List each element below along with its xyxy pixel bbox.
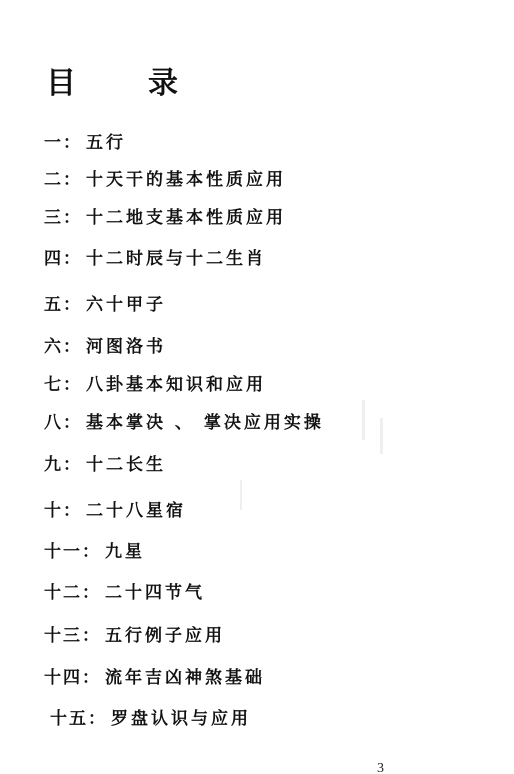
entry-separator: ：: [63, 290, 80, 315]
entry-separator: ：: [63, 408, 80, 433]
toc-entry: 六：河图洛书: [44, 332, 166, 356]
entry-separator: ：: [82, 578, 99, 603]
entry-text: 罗盘认识与应用: [111, 704, 251, 729]
entry-number: 二: [44, 165, 63, 190]
title-char-2: 录: [148, 58, 178, 102]
entry-text: 五行例子应用: [105, 621, 225, 646]
toc-entry: 一：五行: [44, 128, 126, 152]
entry-text: 五行: [86, 128, 126, 153]
toc-entry: 八：基本掌决 、 掌决应用实操: [44, 408, 324, 432]
entry-number: 十一: [44, 537, 82, 562]
entry-separator: ：: [63, 244, 80, 269]
entry-text: 河图洛书: [86, 332, 166, 357]
entry-number: 十三: [44, 621, 82, 646]
entry-text: 九星: [105, 537, 145, 562]
entry-separator: ：: [82, 621, 99, 646]
entry-separator: ：: [88, 704, 105, 729]
entry-number: 八: [44, 408, 63, 433]
entry-separator: ：: [63, 450, 80, 475]
entry-number: 七: [44, 370, 63, 395]
toc-entry: 十五：罗盘认识与应用: [50, 704, 251, 728]
entry-text: 十天干的基本性质应用: [86, 165, 286, 190]
toc-entry: 三：十二地支基本性质应用: [44, 203, 286, 227]
entry-separator: ：: [63, 332, 80, 357]
entry-separator: ：: [63, 165, 80, 190]
entry-text: 十二时辰与十二生肖: [86, 244, 266, 269]
entry-number: 九: [44, 450, 63, 475]
toc-entry: 二：十天干的基本性质应用: [44, 165, 286, 189]
toc-entry: 十二：二十四节气: [44, 578, 205, 602]
toc-entry: 十三：五行例子应用: [44, 621, 225, 645]
entry-number: 十: [44, 496, 63, 521]
toc-entry: 九：十二长生: [44, 450, 166, 474]
entry-text: 六十甲子: [86, 290, 166, 315]
entry-separator: ：: [63, 203, 80, 228]
entry-separator: ：: [63, 128, 80, 153]
title-char-1: 目: [46, 58, 76, 102]
toc-entry: 七：八卦基本知识和应用: [44, 370, 266, 394]
entry-number: 一: [44, 128, 63, 153]
entry-text: 基本掌决 、 掌决应用实操: [86, 408, 324, 433]
entry-text: 二十八星宿: [86, 496, 186, 521]
entry-number: 五: [44, 290, 63, 315]
entry-number: 十五: [50, 704, 88, 729]
entry-text: 八卦基本知识和应用: [86, 370, 266, 395]
toc-entry: 十四：流年吉凶神煞基础: [44, 663, 265, 687]
toc-entry: 十一：九星: [44, 537, 145, 561]
entry-number: 六: [44, 332, 63, 357]
entry-separator: ：: [63, 370, 80, 395]
document-page: 目 录 一：五行 二：十天干的基本性质应用 三：十二地支基本性质应用 四：十二时…: [0, 0, 514, 774]
entry-number: 十四: [44, 663, 82, 688]
scan-artifact: [362, 400, 365, 440]
scan-artifact: [240, 480, 242, 510]
entry-separator: ：: [63, 496, 80, 521]
entry-text: 流年吉凶神煞基础: [105, 663, 265, 688]
toc-entry: 十：二十八星宿: [44, 496, 186, 520]
entry-text: 十二长生: [86, 450, 166, 475]
scan-artifact: [380, 418, 383, 454]
entry-text: 二十四节气: [105, 578, 205, 603]
entry-number: 三: [44, 203, 63, 228]
entry-separator: ：: [82, 663, 99, 688]
entry-separator: ：: [82, 537, 99, 562]
toc-entry: 四：十二时辰与十二生肖: [44, 244, 266, 268]
entry-number: 四: [44, 244, 63, 269]
toc-entry: 五：六十甲子: [44, 290, 166, 314]
entry-text: 十二地支基本性质应用: [86, 203, 286, 228]
page-number: 3: [377, 761, 384, 774]
entry-number: 十二: [44, 578, 82, 603]
